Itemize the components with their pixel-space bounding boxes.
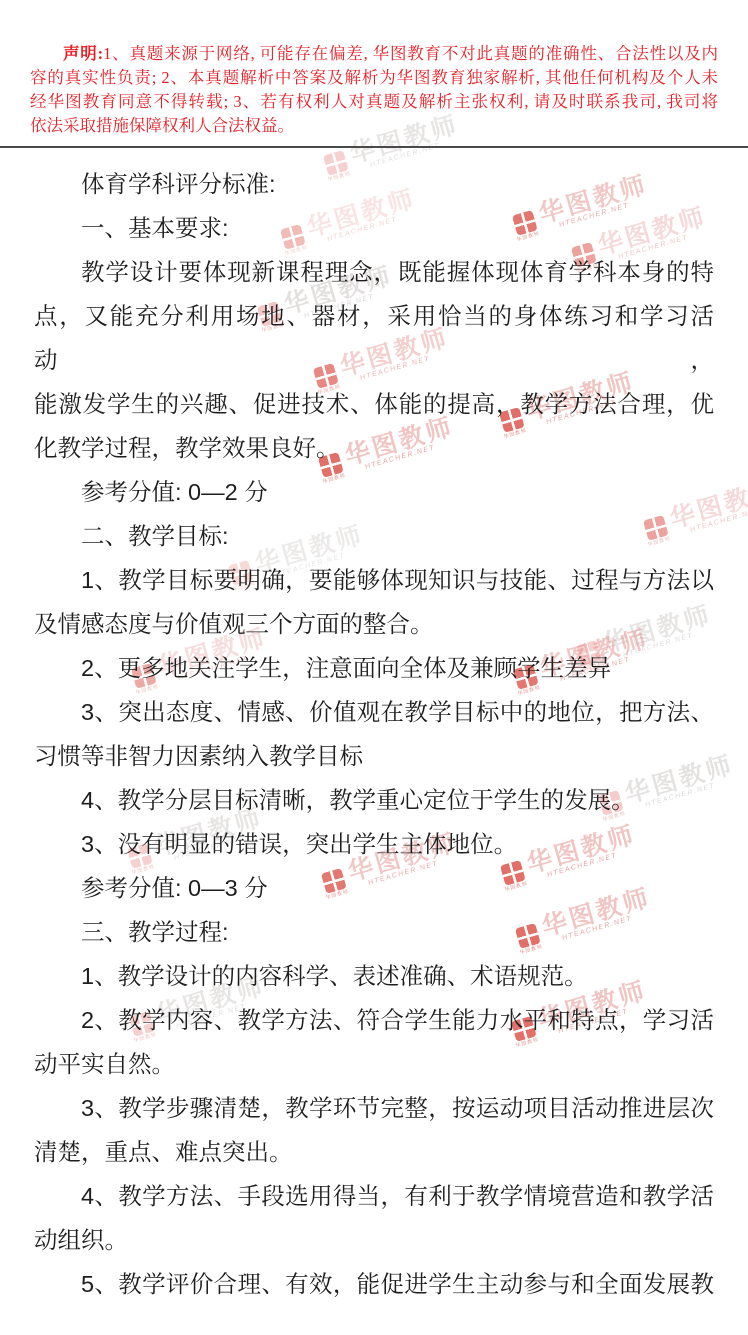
disclaimer-prefix: 声明: bbox=[63, 44, 103, 63]
text-line: 动平实自然。 bbox=[34, 1042, 714, 1086]
text-line: 2、教学内容、教学方法、符合学生能力水平和特点，学习活 bbox=[34, 998, 714, 1042]
document-body: 体育学科评分标准:一、基本要求:教学设计要体现新课程理念，既能握体现体育学科本身… bbox=[34, 162, 714, 1306]
text-line: 3、教学步骤清楚，教学环节完整，按运动项目活动推进层次 bbox=[34, 1086, 714, 1130]
text-line: 3、突出态度、情感、价值观在教学目标中的地位，把方法、 bbox=[34, 690, 714, 734]
text-line: 教学设计要体现新课程理念，既能握体现体育学科本身的特 bbox=[34, 250, 714, 294]
text-line: 习惯等非智力因素纳入教学目标 bbox=[34, 734, 714, 778]
text-line: 3、没有明显的错误，突出学生主体地位。 bbox=[34, 822, 714, 866]
text-line: 动组织。 bbox=[34, 1218, 714, 1262]
disclaimer-line: 依法采取措施保障权利人合法权益。 bbox=[30, 114, 718, 138]
text-line: 三、教学过程: bbox=[34, 910, 714, 954]
text-line: 一、基本要求: bbox=[34, 206, 714, 250]
disclaimer-line: 容的真实性负责; 2、本真题解析中答案及解析为华图教育独家解析, 其他任何机构及… bbox=[30, 66, 718, 90]
text-line: 4、教学分层目标清晰，教学重心定位于学生的发展。 bbox=[34, 778, 714, 822]
disclaimer-notice: 声明:1、真题来源于网络, 可能存在偏差, 华图教育不对此真题的准确性、合法性以… bbox=[30, 42, 718, 138]
text-line: 能激发学生的兴趣、促进技术、体能的提高，教学方法合理，优 bbox=[34, 382, 714, 426]
text-line: 参考分值: 0—3 分 bbox=[34, 866, 714, 910]
disclaimer-line: 声明:1、真题来源于网络, 可能存在偏差, 华图教育不对此真题的准确性、合法性以… bbox=[30, 42, 718, 66]
text-line: 点，又能充分利用场地、器材，采用恰当的身体练习和学习活动， bbox=[34, 294, 714, 382]
text-line: 4、教学方法、手段选用得当，有利于教学情境营造和教学活 bbox=[34, 1174, 714, 1218]
document-page: 华图教师华图教师HTEACHER.NET华图教师华图教师HTEACHER.NET… bbox=[0, 0, 748, 1335]
divider-line bbox=[0, 146, 748, 148]
text-line: 清楚，重点、难点突出。 bbox=[34, 1130, 714, 1174]
text-line: 5、教学评价合理、有效，能促进学生主动参与和全面发展教 bbox=[34, 1262, 714, 1306]
text-line: 二、教学目标: bbox=[34, 514, 714, 558]
text-line: 化教学过程，教学效果良好。 bbox=[34, 426, 714, 470]
disclaimer-line: 经华图教育同意不得转载; 3、若有权利人对真题及解析主张权利, 请及时联系我司,… bbox=[30, 90, 718, 114]
text-line: 1、教学目标要明确，要能够体现知识与技能、过程与方法以 bbox=[34, 558, 714, 602]
text-line: 2、更多地关注学生，注意面向全体及兼顾学生差异 bbox=[34, 646, 714, 690]
text-line: 及情感态度与价值观三个方面的整合。 bbox=[34, 602, 714, 646]
text-line: 1、教学设计的内容科学、表述准确、术语规范。 bbox=[34, 954, 714, 998]
text-line: 参考分值: 0—2 分 bbox=[34, 470, 714, 514]
text-line: 体育学科评分标准: bbox=[34, 162, 714, 206]
